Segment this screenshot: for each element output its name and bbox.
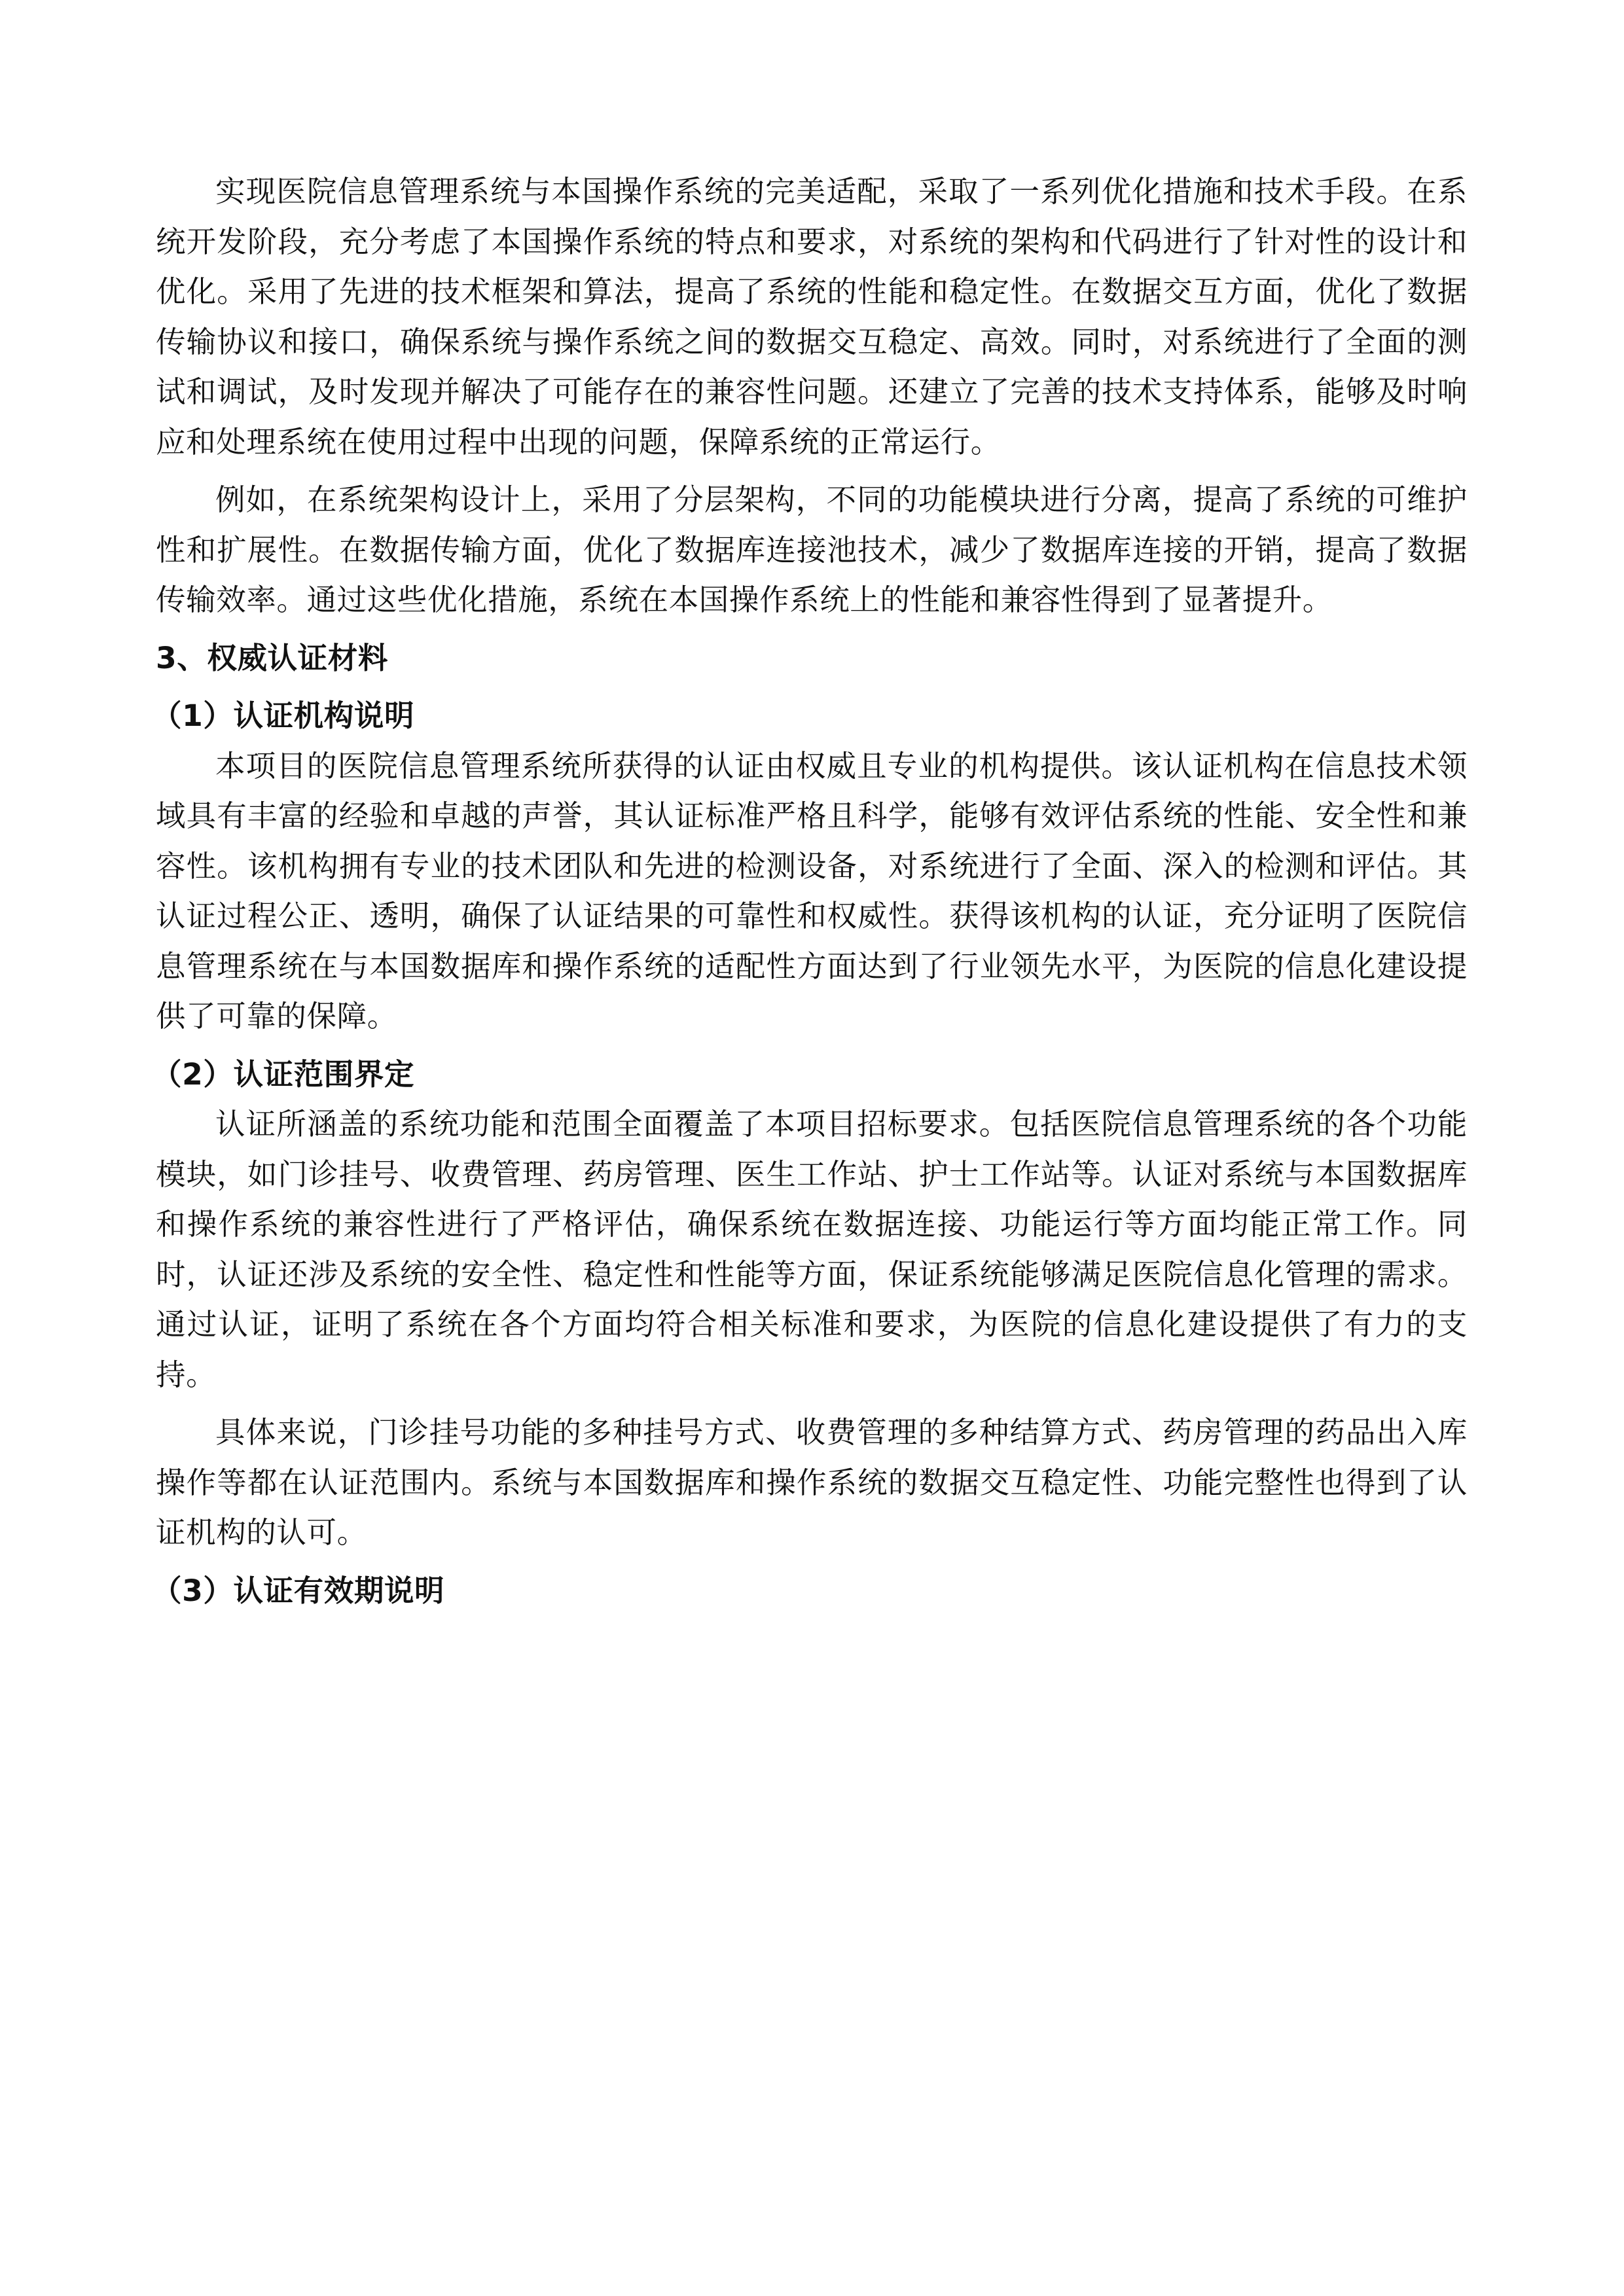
paragraph-certification-scope-detail: 具体来说，门诊挂号功能的多种挂号方式、收费管理的多种结算方式、药房管理的药品出入… xyxy=(156,1408,1468,1558)
paragraph-certification-body: 本项目的医院信息管理系统所获得的认证由权威且专业的机构提供。该认证机构在信息技术… xyxy=(156,742,1468,1042)
subsection-heading-certification-validity: （3）认证有效期说明 xyxy=(152,1566,1468,1617)
paragraph-architecture-example: 例如，在系统架构设计上，采用了分层架构，不同的功能模块进行分离，提高了系统的可维… xyxy=(156,475,1468,626)
document-page: 实现医院信息管理系统与本国操作系统的完美适配，采取了一系列优化措施和技术手段。在… xyxy=(156,167,1468,1616)
subsection-heading-certification-scope: （2）认证范围界定 xyxy=(152,1050,1468,1100)
paragraph-certification-scope: 认证所涵盖的系统功能和范围全面覆盖了本项目招标要求。包括医院信息管理系统的各个功… xyxy=(156,1100,1468,1400)
paragraph-adaptation-measures: 实现医院信息管理系统与本国操作系统的完美适配，采取了一系列优化措施和技术手段。在… xyxy=(156,167,1468,467)
section-heading-certification-materials: 3、权威认证材料 xyxy=(156,634,1468,684)
subsection-heading-certification-body: （1）认证机构说明 xyxy=(152,691,1468,742)
